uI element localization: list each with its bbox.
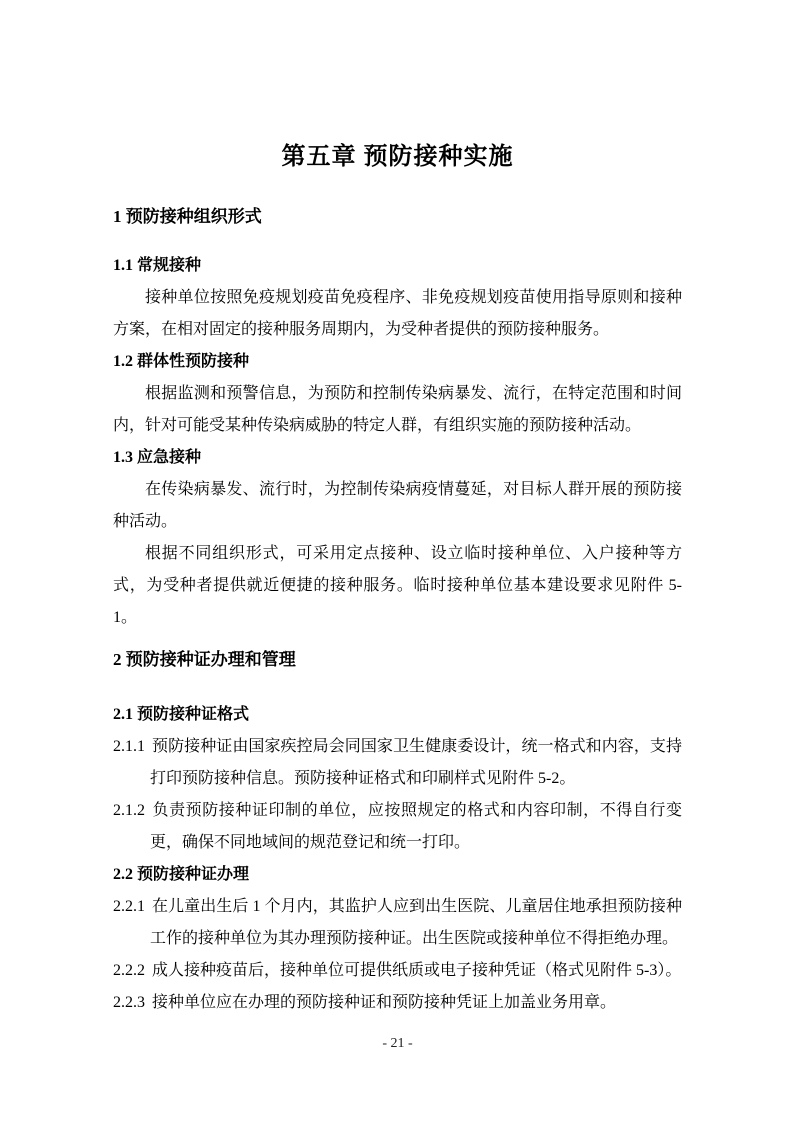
item-number: 2.1.1 — [113, 738, 145, 755]
section-1-3-heading: 1.3 应急接种 — [113, 442, 682, 474]
item-number: 2.2.3 — [113, 994, 145, 1011]
section-1-heading: 1 预防接种组织形式 — [113, 206, 682, 228]
item-text: 预防接种证由国家疾控局会同国家卫生健康委设计，统一格式和内容，支持打印预防接种信… — [150, 738, 682, 787]
section-1-3-paragraph-1: 在传染病暴发、流行时，为控制传染病疫情蔓延，对目标人群开展的预防接种活动。 — [113, 474, 682, 538]
section-2-1-heading: 2.1 预防接种证格式 — [113, 699, 682, 731]
section-1-2-paragraph: 根据监测和预警信息，为预防和控制传染病暴发、流行，在特定范围和时间内，针对可能受… — [113, 378, 682, 442]
section-1-1-paragraph: 接种单位按照免疫规划疫苗免疫程序、非免疫规划疫苗使用指导原则和接种方案，在相对固… — [113, 282, 682, 346]
numbered-item-2-2-3: 2.2.3接种单位应在办理的预防接种证和预防接种凭证上加盖业务用章。 — [113, 987, 682, 1019]
numbered-item-2-2-2: 2.2.2成人接种疫苗后，接种单位可提供纸质或电子接种凭证（格式见附件 5-3）… — [113, 955, 682, 987]
section-1-body: 1.1 常规接种 接种单位按照免疫规划疫苗免疫程序、非免疫规划疫苗使用指导原则和… — [113, 250, 682, 634]
chapter-title: 第五章 预防接种实施 — [113, 143, 682, 171]
section-2-body: 2.1 预防接种证格式 2.1.1预防接种证由国家疾控局会同国家卫生健康委设计，… — [113, 699, 682, 1019]
page-number: - 21 - — [113, 1035, 682, 1053]
item-text: 成人接种疫苗后，接种单位可提供纸质或电子接种凭证（格式见附件 5-3）。 — [152, 962, 681, 979]
section-1-2-heading: 1.2 群体性预防接种 — [113, 346, 682, 378]
section-2-heading: 2 预防接种证办理和管理 — [113, 649, 682, 671]
section-2-2-heading: 2.2 预防接种证办理 — [113, 859, 682, 891]
numbered-item-2-2-1: 2.2.1在儿童出生后 1 个月内，其监护人应到出生医院、儿童居住地承担预防接种… — [113, 891, 682, 955]
item-number: 2.2.2 — [113, 962, 145, 979]
item-text: 负责预防接种证印制的单位，应按照规定的格式和内容印制，不得自行变更，确保不同地域… — [150, 802, 682, 851]
section-1-1-heading: 1.1 常规接种 — [113, 250, 682, 282]
item-number: 2.2.1 — [113, 898, 145, 915]
numbered-item-2-1-2: 2.1.2负责预防接种证印制的单位，应按照规定的格式和内容印制，不得自行变更，确… — [113, 795, 682, 859]
item-text: 在儿童出生后 1 个月内，其监护人应到出生医院、儿童居住地承担预防接种工作的接种… — [150, 898, 682, 947]
section-1-3-paragraph-2: 根据不同组织形式，可采用定点接种、设立临时接种单位、入户接种等方式，为受种者提供… — [113, 538, 682, 634]
item-number: 2.1.2 — [113, 802, 145, 819]
item-text: 接种单位应在办理的预防接种证和预防接种凭证上加盖业务用章。 — [152, 994, 616, 1011]
document-page: 第五章 预防接种实施 1 预防接种组织形式 1.1 常规接种 接种单位按照免疫规… — [0, 0, 793, 1122]
numbered-item-2-1-1: 2.1.1预防接种证由国家疾控局会同国家卫生健康委设计，统一格式和内容，支持打印… — [113, 731, 682, 795]
